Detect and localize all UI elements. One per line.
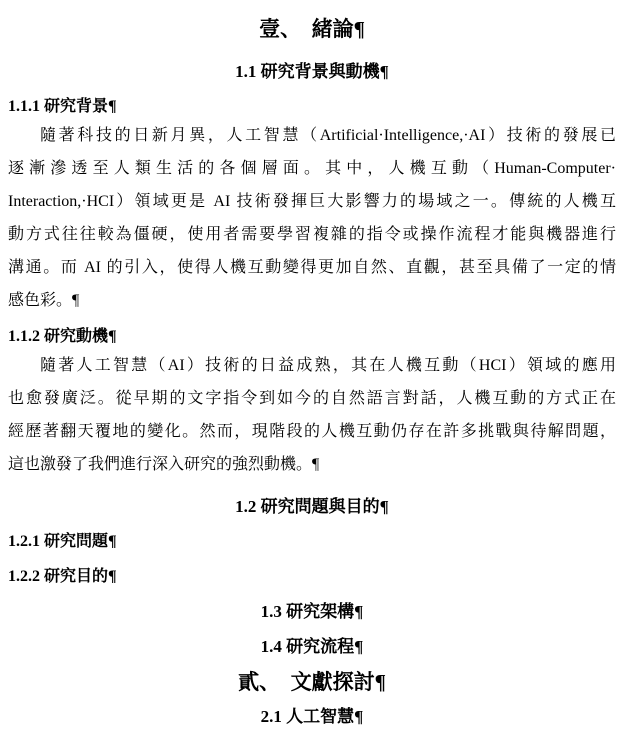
subsection-1-2-1-heading: 1.2.1 研究問題¶ [8,530,616,554]
paragraph-research-background: 隨著科技的日新月異，人工智慧（Artificial·Intelligence,·… [8,119,616,317]
subsection-1-1-1-heading: 1.1.1 研究背景¶ [8,95,616,119]
section-1-1-heading: 1.1 研究背景與動機¶ [8,60,616,84]
paragraph-line: 經歷著翻天覆地的變化。然而，現階段的人機互動仍存在許多挑戰與待解問題， [8,415,616,448]
section-1-4-heading: 1.4 研究流程¶ [8,635,616,659]
paragraph-line: 隨著人工智慧（AI）技術的日益成熟，其在人機互動（HCI）領域的應用 [8,349,616,382]
paragraph-line: 這也激發了我們進行深入研究的強烈動機。¶ [8,448,616,481]
paragraph-line: 逐漸滲透至人類生活的各個層面。其中，人機互動（Human-Computer· [8,152,616,185]
paragraph-line: 隨著科技的日新月異，人工智慧（Artificial·Intelligence,·… [8,119,616,152]
section-2-1-heading: 2.1 人工智慧¶ [8,705,616,729]
subsection-1-2-2-heading: 1.2.2 研究目的¶ [8,565,616,589]
paragraph-line: 溝通。而 AI 的引入，使得人機互動變得更加自然、直觀，甚至具備了一定的情 [8,251,616,284]
section-1-3-heading: 1.3 研究架構¶ [8,600,616,624]
paragraph-line: 感色彩。¶ [8,284,616,317]
paragraph-research-motivation: 隨著人工智慧（AI）技術的日益成熟，其在人機互動（HCI）領域的應用 也愈發廣泛… [8,349,616,481]
subsection-1-1-2-heading: 1.1.2 研究動機¶ [8,325,616,349]
chapter-1-heading: 壹、 緒論¶ [8,14,616,44]
section-1-2-heading: 1.2 研究問題與目的¶ [8,495,616,519]
chapter-2-heading: 貳、 文獻探討¶ [8,667,616,697]
paragraph-line: 也愈發廣泛。從早期的文字指令到如今的自然語言對話，人機互動的方式正在 [8,382,616,415]
paragraph-line: Interaction,·HCI）領域更是 AI 技術發揮巨大影響力的場域之一。… [8,185,616,218]
paragraph-line: 動方式往往較為僵硬，使用者需要學習複雜的指令或操作流程才能與機器進行 [8,218,616,251]
document-page: 壹、 緒論¶ 1.1 研究背景與動機¶ 1.1.1 研究背景¶ 隨著科技的日新月… [0,0,624,741]
